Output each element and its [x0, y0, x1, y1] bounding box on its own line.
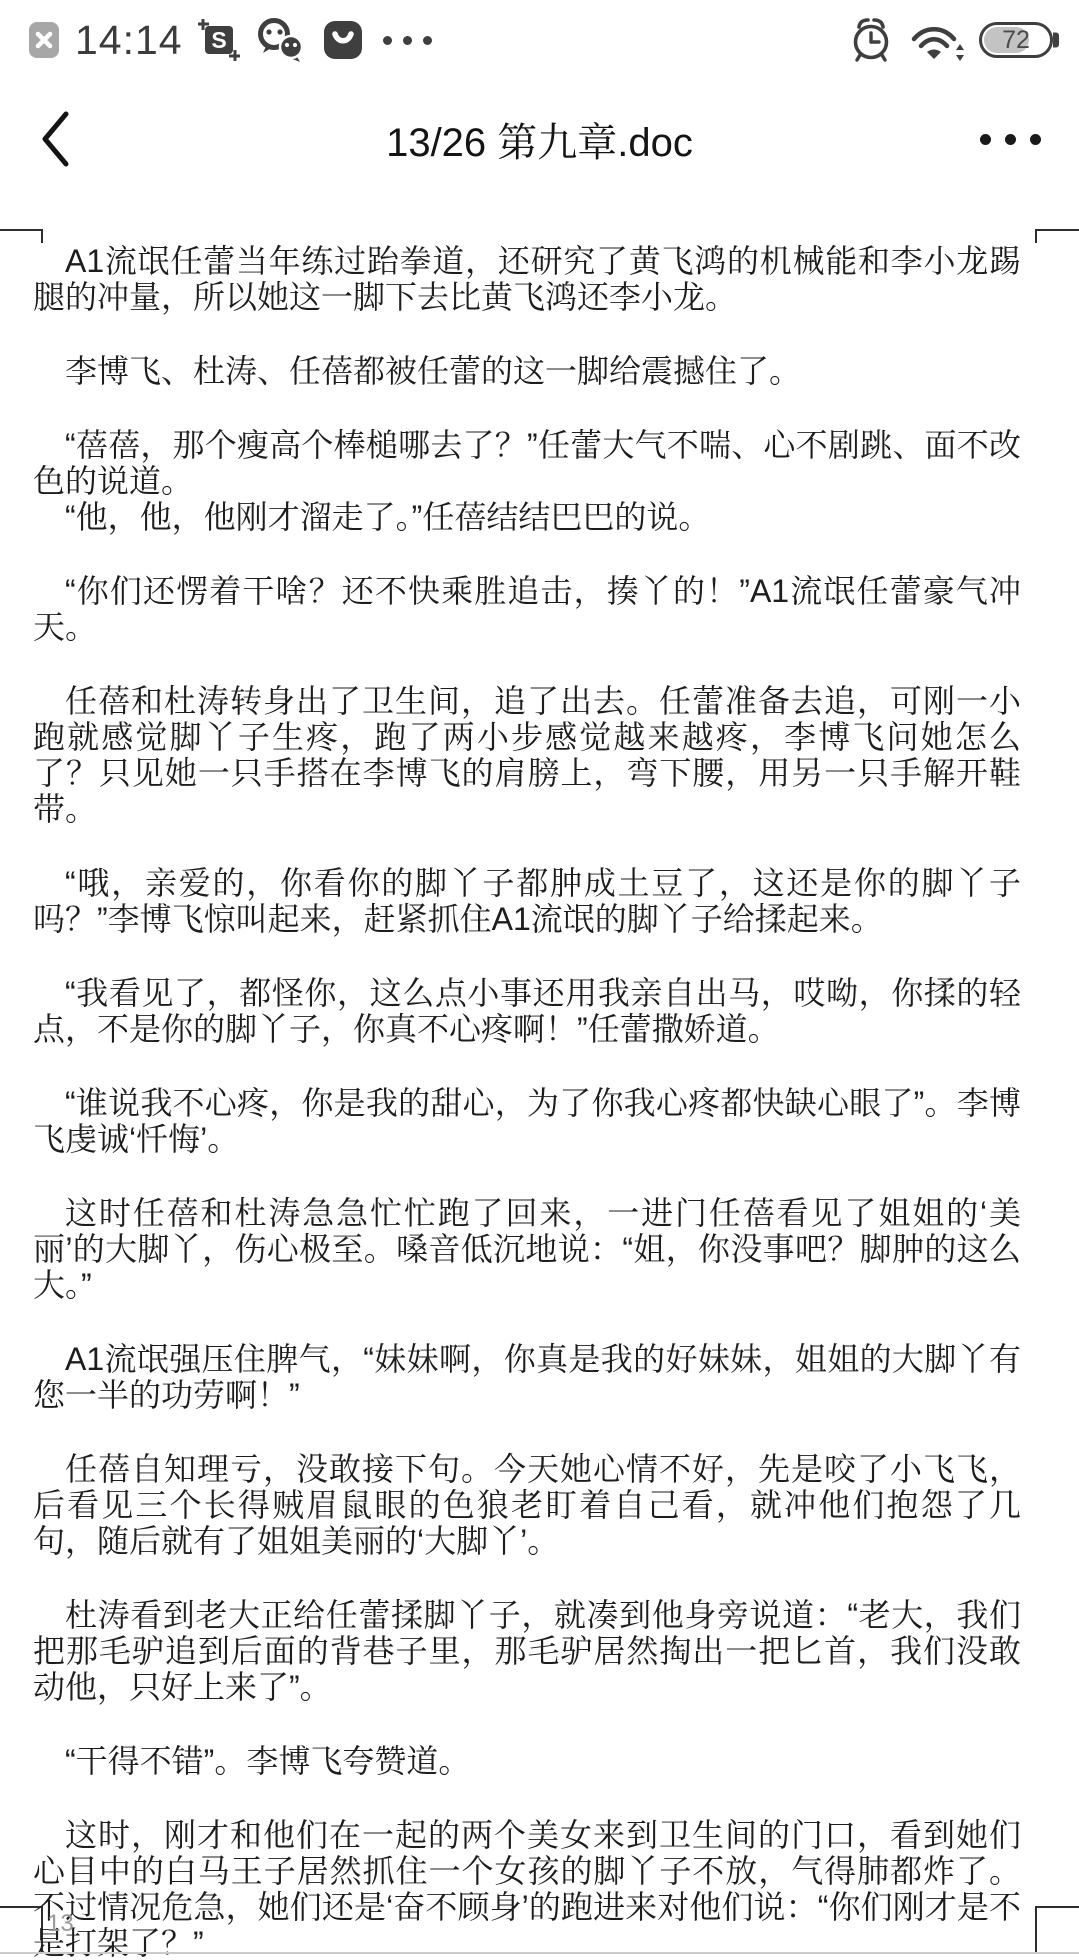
page-edge-line	[0, 1952, 1079, 1954]
more-notifications-icon	[383, 36, 432, 45]
status-bar: 14:14 S	[0, 0, 1079, 80]
back-button[interactable]	[38, 109, 128, 169]
paragraph: “他，他，他刚才溜走了。”任蓓结结巴巴的说。	[33, 499, 1021, 535]
paragraph: “蓓蓓，那个瘦高个棒槌哪去了？”任蕾大气不喘、心不剧跳、面不改色的说道。	[33, 427, 1021, 499]
paragraph: “你们还愣着干啥？还不快乘胜追击，揍丫的！”A1流氓任蕾豪气冲天。	[33, 573, 1021, 645]
back-chevron-icon	[38, 109, 72, 169]
status-bar-right: 72	[847, 16, 1053, 64]
battery-nub	[1053, 33, 1059, 48]
svg-text:S: S	[211, 27, 226, 53]
paragraph: A1流氓强压住脾气，“妹妹啊，你真是我的好妹妹，姐姐的大脚丫有您一半的功劳啊！”	[33, 1341, 1021, 1413]
status-bar-left: 14:14 S	[26, 17, 432, 64]
document-title: 13/26 第九章.doc	[128, 111, 951, 168]
wifi-icon	[908, 17, 966, 63]
sim-error-icon	[26, 19, 62, 61]
paragraph: “我看见了，都怪你，这么点小事还用我亲自出马，哎呦，你揉的轻点，不是你的脚丫子，…	[33, 975, 1021, 1047]
s-badge-icon: S	[196, 17, 242, 63]
battery-percent: 72	[982, 25, 1050, 55]
page-number: 13	[47, 1910, 74, 1938]
paragraph: 这时任蓓和杜涛急急忙忙跑了回来，一进门任蓓看见了姐姐的‘美丽’的大脚丫，伤心极至…	[33, 1195, 1021, 1303]
paragraph: 杜涛看到老大正给任蕾揉脚丫子，就凑到他身旁说道：“老大，我们把那毛驴追到后面的背…	[33, 1597, 1021, 1705]
more-options-button[interactable]	[951, 134, 1041, 145]
wechat-icon	[255, 17, 307, 63]
title-bar: 13/26 第九章.doc	[0, 80, 1079, 198]
paragraph: 这时，刚才和他们在一起的两个美女来到卫生间的门口，看到她们心目中的白马王子居然抓…	[33, 1817, 1021, 1960]
smile-app-icon	[320, 17, 366, 63]
paragraph: 任蓓和杜涛转身出了卫生间，追了出去。任蕾准备去追，可刚一小跑就感觉脚丫子生疼，跑…	[33, 683, 1021, 827]
battery-indicator: 72	[979, 22, 1053, 58]
document-page[interactable]: A1流氓任蕾当年练过跆拳道，还研究了黄飞鸿的机械能和李小龙踢腿的冲量，所以她这一…	[0, 198, 1079, 1960]
paragraph: 任蓓自知理亏，没敢接下句。今天她心情不好，先是咬了小飞飞，后看见三个长得贼眉鼠眼…	[33, 1451, 1021, 1559]
doc-body: A1流氓任蕾当年练过跆拳道，还研究了黄飞鸿的机械能和李小龙踢腿的冲量，所以她这一…	[0, 198, 1079, 1960]
paragraph: A1流氓任蕾当年练过跆拳道，还研究了黄飞鸿的机械能和李小龙踢腿的冲量，所以她这一…	[33, 243, 1021, 315]
paragraph: “谁说我不心疼，你是我的甜心，为了你我心疼都快缺心眼了”。李博飞虔诚‘忏悔’。	[33, 1085, 1021, 1157]
alarm-icon	[847, 16, 895, 64]
screen: 14:14 S	[0, 0, 1079, 1960]
paragraph: “干得不错”。李博飞夸赞道。	[33, 1743, 1021, 1779]
paragraph: 李博飞、杜涛、任蓓都被任蕾的这一脚给震撼住了。	[33, 353, 1021, 389]
paragraph: “哦，亲爱的，你看你的脚丫子都肿成土豆了，这还是你的脚丫子吗？”李博飞惊叫起来，…	[33, 865, 1021, 937]
status-time: 14:14	[75, 17, 183, 64]
